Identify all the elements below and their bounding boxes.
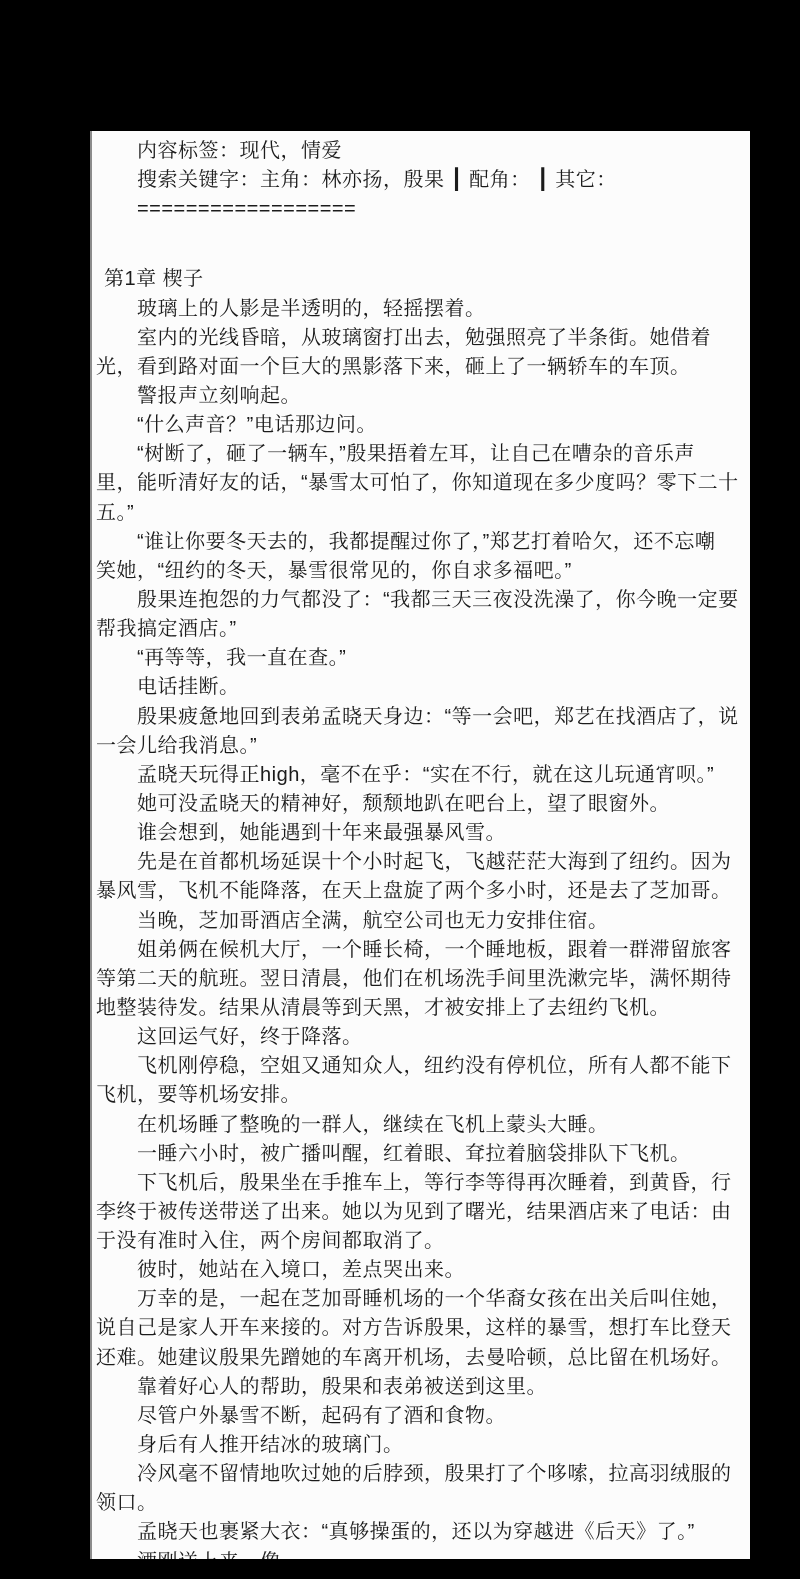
page-content: 内容标签：现代，情爱 搜索关键字：主角：林亦扬，殷果 ┃ 配角： ┃ 其它： =…	[92, 131, 750, 1559]
meta-line-divider: ==================	[96, 195, 747, 224]
body-line: 于没有准时入住，两个房间都取消了。	[96, 1227, 747, 1256]
body-line: 等第二天的航班。翌日清晨，他们在机场洗手间里洗漱完毕，满怀期待	[96, 965, 747, 994]
body-line: 身后有人推开结冰的玻璃门。	[96, 1431, 747, 1460]
body-line: 孟晓天玩得正high，毫不在乎：“实在不行，就在这儿玩通宵呗。”	[96, 761, 747, 790]
body-line: 笑她，“纽约的冬天，暴雪很常见的，你自求多福吧。”	[96, 557, 747, 586]
body-line: 一会儿给我消息。”	[96, 732, 747, 761]
body-line: 李终于被传送带送了出来。她以为见到了曙光，结果酒店来了电话：由	[96, 1198, 747, 1227]
body-line: 电话挂断。	[96, 673, 747, 702]
body-line: 还难。她建议殷果先蹭她的车离开机场，去曼哈顿，总比留在机场好。	[96, 1344, 747, 1373]
body-line: “什么声音？”电话那边问。	[96, 411, 747, 440]
chapter-title: 第1章 楔子	[104, 265, 747, 294]
reader-background: 内容标签：现代，情爱 搜索关键字：主角：林亦扬，殷果 ┃ 配角： ┃ 其它： =…	[0, 0, 800, 1579]
body-line: 飞机，要等机场安排。	[96, 1081, 747, 1110]
body-line: 孟晓天也裹紧大衣：“真够操蛋的，还以为穿越进《后天》了。”	[96, 1518, 747, 1547]
chapter-body: 玻璃上的人影是半透明的，轻摇摆着。室内的光线昏暗，从玻璃窗打出去，勉强照亮了半条…	[96, 295, 747, 1559]
blank-gap	[96, 224, 747, 265]
meta-line-keywords: 搜索关键字：主角：林亦扬，殷果 ┃ 配角： ┃ 其它：	[96, 166, 747, 195]
body-line: 室内的光线昏暗，从玻璃窗打出去，勉强照亮了半条街。她借着	[96, 324, 747, 353]
body-line: 先是在首都机场延误十个小时起飞，飞越茫茫大海到了纽约。因为	[96, 848, 747, 877]
body-line: “树断了，砸了一辆车，”殷果捂着左耳，让自己在嘈杂的音乐声	[96, 440, 747, 469]
body-line: 领口。	[96, 1489, 747, 1518]
body-line: 玻璃上的人影是半透明的，轻摇摆着。	[96, 295, 747, 324]
body-line: 殷果疲惫地回到表弟孟晓天身边：“等一会吧，郑艺在找酒店了，说	[96, 703, 747, 732]
body-line: “再等等，我一直在查。”	[96, 644, 747, 673]
body-line: 当晚，芝加哥酒店全满，航空公司也无力安排住宿。	[96, 907, 747, 936]
body-line: 在机场睡了整晚的一群人，继续在飞机上蒙头大睡。	[96, 1111, 747, 1140]
body-line: 说自己是家人开车来接的。对方告诉殷果，这样的暴雪，想打车比登天	[96, 1314, 747, 1343]
body-line: 警报声立刻响起。	[96, 382, 747, 411]
body-line: 酒刚送上来，像	[96, 1548, 747, 1559]
body-line: 尽管户外暴雪不断，起码有了酒和食物。	[96, 1402, 747, 1431]
body-line: “谁让你要冬天去的，我都提醒过你了，”郑艺打着哈欠，还不忘嘲	[96, 528, 747, 557]
body-line: 冷风毫不留情地吹过她的后脖颈，殷果打了个哆嗦，拉高羽绒服的	[96, 1460, 747, 1489]
body-line: 地整装待发。结果从清晨等到天黑，才被安排上了去纽约飞机。	[96, 994, 747, 1023]
body-line: 里，能听清好友的话，“暴雪太可怕了，你知道现在多少度吗？零下二十	[96, 469, 747, 498]
meta-line-tags: 内容标签：现代，情爱	[96, 137, 747, 166]
body-line: 彼时，她站在入境口，差点哭出来。	[96, 1256, 747, 1285]
body-line: 五。”	[96, 499, 747, 528]
reader-page[interactable]: 内容标签：现代，情爱 搜索关键字：主角：林亦扬，殷果 ┃ 配角： ┃ 其它： =…	[90, 131, 750, 1559]
body-line: 她可没孟晓天的精神好，颓颓地趴在吧台上，望了眼窗外。	[96, 790, 747, 819]
body-line: 万幸的是，一起在芝加哥睡机场的一个华裔女孩在出关后叫住她，	[96, 1285, 747, 1314]
body-line: 暴风雪，飞机不能降落，在天上盘旋了两个多小时，还是去了芝加哥。	[96, 877, 747, 906]
body-line: 一睡六小时，被广播叫醒，红着眼、耷拉着脑袋排队下飞机。	[96, 1140, 747, 1169]
body-line: 光，看到路对面一个巨大的黑影落下来，砸上了一辆轿车的车顶。	[96, 353, 747, 382]
body-line: 殷果连抱怨的力气都没了：“我都三天三夜没洗澡了，你今晚一定要	[96, 586, 747, 615]
body-line: 靠着好心人的帮助，殷果和表弟被送到这里。	[96, 1373, 747, 1402]
body-line: 帮我搞定酒店。”	[96, 615, 747, 644]
body-line: 下飞机后，殷果坐在手推车上，等行李等得再次睡着，到黄昏，行	[96, 1169, 747, 1198]
body-line: 姐弟俩在候机大厅，一个睡长椅，一个睡地板，跟着一群滞留旅客	[96, 936, 747, 965]
body-line: 飞机刚停稳，空姐又通知众人，纽约没有停机位，所有人都不能下	[96, 1052, 747, 1081]
body-line: 这回运气好，终于降落。	[96, 1023, 747, 1052]
body-line: 谁会想到，她能遇到十年来最强暴风雪。	[96, 819, 747, 848]
